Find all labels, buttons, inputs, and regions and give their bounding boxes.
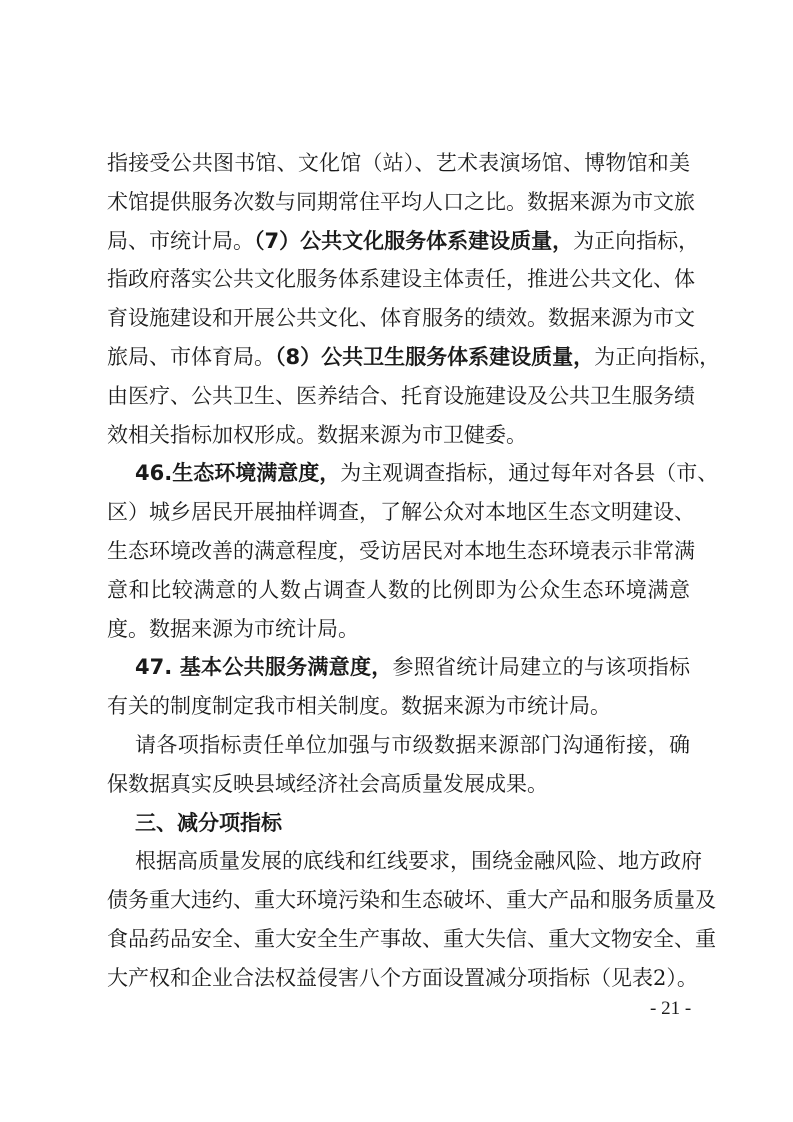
text-line: 46.生态环境满意度，为主观调查指标，通过每年对各县（市、 xyxy=(107,454,690,493)
text-line: 根据高质量发展的底线和红线要求，围绕金融风险、地方政府 xyxy=(107,842,690,881)
text-line: 区）城乡居民开展抽样调查，了解公众对本地区生态文明建设、 xyxy=(107,493,690,532)
text-line: 保数据真实反映县域经济社会高质量发展成果。 xyxy=(107,765,690,804)
text-line: 大产权和企业合法权益侵害八个方面设置减分项指标（见表2）。 xyxy=(107,959,690,998)
indicator-title: （7）公共文化服务体系建设质量， xyxy=(254,229,573,253)
text-line: 局、市统计局。（7）公共文化服务体系建设质量，为正向指标， xyxy=(107,222,690,261)
text-line: 育设施建设和开展公共文化、体育服务的绩效。数据来源为市文 xyxy=(107,299,690,338)
text-line: 指接受公共图书馆、文化馆（站）、艺术表演场馆、博物馆和美 xyxy=(107,144,690,183)
text-line: 请各项指标责任单位加强与市级数据来源部门沟通衔接，确 xyxy=(107,726,690,765)
text-line: 债务重大违约、重大环境污染和生态破坏、重大产品和服务质量及 xyxy=(107,881,690,920)
paragraph-item-46: 46.生态环境满意度，为主观调查指标，通过每年对各县（市、 区）城乡居民开展抽样… xyxy=(107,454,693,648)
text-line: 指政府落实公共文化服务体系建设主体责任，推进公共文化、体 xyxy=(107,260,690,299)
paragraph-deduction-indicators: 根据高质量发展的底线和红线要求，围绕金融风险、地方政府 债务重大违约、重大环境污… xyxy=(107,842,693,997)
text-line: 有关的制度制定我市相关制度。数据来源为市统计局。 xyxy=(107,687,690,726)
paragraph-item-47: 47. 基本公共服务满意度，参照省统计局建立的与该项指标 有关的制度制定我市相关… xyxy=(107,648,693,726)
text-line: 旅局、市体育局。（8）公共卫生服务体系建设质量，为正向指标， xyxy=(107,338,690,377)
text-line: 效相关指标加权形成。数据来源为市卫健委。 xyxy=(107,416,690,455)
section-heading: 三、减分项指标 xyxy=(107,804,693,843)
text-line: 生态环境改善的满意程度，受访居民对本地生态环境表示非常满 xyxy=(107,532,690,571)
section-heading-text: 三、减分项指标 xyxy=(107,804,690,843)
page-number: - 21 - xyxy=(650,998,691,1020)
text-line: 由医疗、公共卫生、医养结合、托育设施建设及公共卫生服务绩 xyxy=(107,377,690,416)
indicator-title: 46.生态环境满意度， xyxy=(135,461,340,485)
paragraph-public-services: 指接受公共图书馆、文化馆（站）、艺术表演场馆、博物馆和美 术馆提供服务次数与同期… xyxy=(107,144,693,454)
text-line: 意和比较满意的人数占调查人数的比例即为公众生态环境满意 xyxy=(107,571,690,610)
text-line: 食品药品安全、重大安全生产事故、重大失信、重大文物安全、重 xyxy=(107,920,690,959)
indicator-title: （8）公共卫生服务体系建设质量， xyxy=(275,345,594,369)
paragraph-request: 请各项指标责任单位加强与市级数据来源部门沟通衔接，确 保数据真实反映县域经济社会… xyxy=(107,726,693,804)
text-line: 47. 基本公共服务满意度，参照省统计局建立的与该项指标 xyxy=(107,648,690,687)
document-body: 指接受公共图书馆、文化馆（站）、艺术表演场馆、博物馆和美 术馆提供服务次数与同期… xyxy=(107,144,693,998)
text-line: 度。数据来源为市统计局。 xyxy=(107,610,690,649)
text-line: 术馆提供服务次数与同期常住平均人口之比。数据来源为市文旅 xyxy=(107,183,690,222)
indicator-title: 47. 基本公共服务满意度， xyxy=(135,655,392,679)
